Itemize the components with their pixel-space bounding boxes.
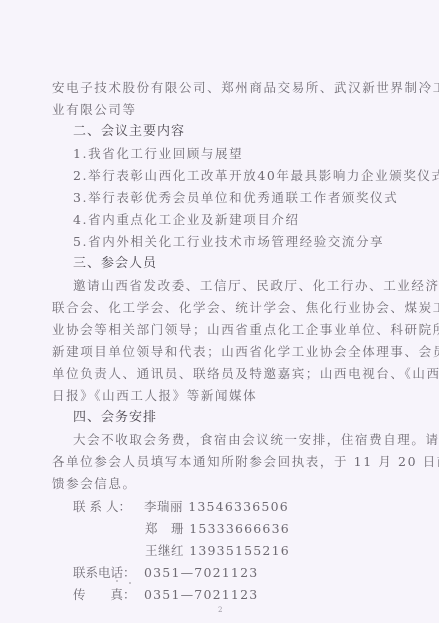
section-2-heading: 二、会议主要内容 (73, 121, 413, 143)
section-3-paragraph-line-5: 单位负责人、通讯员、联络员及特邀嘉宾；山西电视台、《山西 (52, 363, 392, 385)
section-3-paragraph-line-1: 邀请山西省发改委、工信厅、民政厅、化工行办、工业经济 (73, 275, 413, 297)
scan-speck (129, 582, 131, 584)
section-2-item-4: 4.省内重点化工企业及新建项目介绍 (73, 209, 413, 231)
contact-row-1: 联 系 人：李瑞丽 13546336506 (73, 496, 289, 518)
phone-label: 联系电话： (73, 562, 144, 584)
contact-phone-2: 15333666636 (189, 521, 290, 536)
contact-phone-1: 13546336506 (188, 499, 289, 514)
section-4-heading: 四、会务安排 (73, 407, 413, 429)
fax-row: 传 真：0351—7021123 (73, 584, 258, 606)
section-4-paragraph-line-3: 馈参会信息。 (52, 473, 392, 495)
section-4-paragraph-line-1: 大会不收取会务费，食宿由会议统一安排，住宿费自理。请 (73, 429, 413, 451)
section-3-paragraph-line-4: 新建项目单位领导和代表；山西省化学工业协会全体理事、会员 (52, 341, 392, 363)
section-2-item-5: 5.省内外相关化工行业技术市场管理经验交流分享 (73, 231, 413, 253)
section-4-paragraph-line-2: 各单位参会人员填写本通知所附参会回执表，于 11 月 20 日前反 (52, 451, 392, 473)
scan-speck (116, 580, 118, 582)
contact-row-2: 郑 珊 15333666636 (145, 518, 290, 540)
contact-name-3: 王继红 (145, 540, 184, 562)
fax-value: 0351—7021123 (144, 587, 258, 602)
section-2-item-1: 1.我省化工行业回顾与展望 (73, 143, 413, 165)
page-number: 2 (218, 606, 222, 614)
section-3-paragraph-line-3: 业协会等相关部门领导；山西省重点化工企事业单位、科研院所、 (52, 319, 392, 341)
continuation-line-2: 业有限公司等 (52, 99, 392, 121)
contact-label: 联 系 人： (73, 496, 144, 518)
section-3-paragraph-line-6: 日报》《山西工人报》等新闻媒体 (52, 385, 392, 407)
phone-row: 联系电话：0351—7021123 (73, 562, 258, 584)
fax-label: 传 真： (73, 584, 144, 606)
section-3-heading: 三、参会人员 (73, 253, 413, 275)
continuation-line-1: 安电子技术股份有限公司、郑州商品交易所、武汉新世界制冷工 (52, 77, 392, 99)
section-2-item-2: 2.举行表彰山西化工改革开放40年最具影响力企业颁奖仪式 (73, 165, 413, 187)
section-2-item-3: 3.举行表彰优秀会员单位和优秀通联工作者颁奖仪式 (73, 187, 413, 209)
document-page: 安电子技术股份有限公司、郑州商品交易所、武汉新世界制冷工 业有限公司等 二、会议… (0, 0, 439, 623)
contact-name-2: 郑 珊 (145, 518, 184, 540)
section-3-paragraph-line-2: 联合会、化工学会、化学会、统计学会、焦化行业协会、煤炭工 (52, 297, 392, 319)
contact-phone-3: 13935155216 (189, 543, 290, 558)
phone-value: 0351—7021123 (144, 565, 258, 580)
contact-row-3: 王继红 13935155216 (145, 540, 290, 562)
contact-name-1: 李瑞丽 (144, 496, 183, 518)
